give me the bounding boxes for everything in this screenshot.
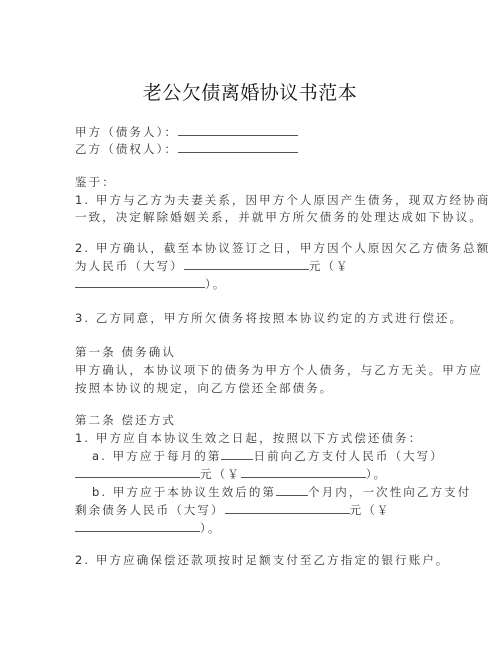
preamble-3-line1: 3. 乙方同意，甲方所欠债务将按照本协议约定的方式进行偿还。: [75, 310, 463, 326]
article2-item2: 2. 甲方应确保偿还款项按时足额支付至乙方指定的银行账户。: [75, 552, 450, 568]
remaining-amount-number-blank[interactable]: [75, 520, 200, 532]
preamble-2-line2: 为人民币（大写）元（￥: [75, 258, 350, 274]
article2-a-line1: a. 甲方应于每月的第日前向乙方支付人民币（大写）: [92, 448, 444, 464]
preamble-2-amount-label: 为人民币（大写）: [75, 259, 184, 273]
article1-line2: 按照本协议的规定，向乙方偿还全部债务。: [75, 380, 333, 396]
party-b-blank[interactable]: [178, 141, 298, 153]
party-b-label: 乙方（债权人）：: [75, 142, 178, 156]
article2-b-line2: 剩余债务人民币（大写）元（￥: [75, 502, 390, 518]
monthly-amount-words-blank[interactable]: [75, 466, 200, 478]
article2-a-end: ）。: [366, 467, 387, 481]
article2-b-middle: 个月内，一次性向乙方支付: [308, 485, 471, 499]
article2-a-yuan: 元（￥: [200, 467, 241, 481]
party-b-row: 乙方（债权人）：: [75, 141, 298, 157]
document-page: 老公欠债离婚协议书范本 甲方（债务人）： 乙方（债权人）： 鉴于： 1. 甲方与…: [0, 0, 500, 647]
lump-sum-month-blank[interactable]: [276, 484, 308, 496]
remaining-amount-words-blank[interactable]: [225, 502, 350, 514]
article2-a-middle: 日前向乙方支付人民币（大写）: [253, 449, 443, 463]
debt-amount-words-blank[interactable]: [184, 258, 309, 270]
preamble-2-close: ）。: [205, 277, 226, 291]
article2-b-line1: b. 甲方应于本协议生效后的第个月内，一次性向乙方支付: [92, 484, 471, 500]
party-a-row: 甲方（债务人）：: [75, 124, 298, 140]
debt-amount-number-blank[interactable]: [75, 276, 205, 288]
article2-b-line3: ）。: [75, 520, 221, 536]
party-a-label: 甲方（债务人）：: [75, 125, 178, 139]
article2-b-line2-prefix: 剩余债务人民币（大写）: [75, 503, 225, 517]
document-title: 老公欠债离婚协议书范本: [0, 78, 500, 105]
preamble-1-line2: 一致，决定解除婚姻关系，并就甲方所欠债务的处理达成如下协议。: [75, 209, 483, 225]
article1-heading: 第一条 债务确认: [75, 344, 176, 360]
party-a-blank[interactable]: [178, 124, 298, 136]
article2-b-prefix: b. 甲方应于本协议生效后的第: [92, 485, 276, 499]
preamble-2-line3: ）。: [75, 276, 226, 292]
article1-line1: 甲方确认，本协议项下的债务为甲方个人债务，与乙方无关。甲方应: [75, 362, 483, 378]
monthly-amount-number-blank[interactable]: [241, 466, 366, 478]
preamble-2-line1: 2. 甲方确认，截至本协议签订之日，甲方因个人原因欠乙方债务总额: [75, 240, 490, 256]
preamble-heading: 鉴于：: [75, 174, 116, 190]
preamble-2-yuan: 元（￥: [309, 259, 350, 273]
monthly-day-blank[interactable]: [221, 448, 253, 460]
preamble-1-line1: 1. 甲方与乙方为夫妻关系，因甲方个人原因产生债务，现双方经协商: [75, 192, 490, 208]
article2-a-prefix: a. 甲方应于每月的第: [92, 449, 221, 463]
article2-a-line2: 元（￥）。: [75, 466, 387, 482]
article2-item1: 1. 甲方应自本协议生效之日起，按照以下方式偿还债务：: [75, 430, 422, 446]
article2-b-end: ）。: [200, 521, 221, 535]
article2-heading: 第二条 偿还方式: [75, 412, 176, 428]
article2-b-yuan: 元（￥: [350, 503, 391, 517]
